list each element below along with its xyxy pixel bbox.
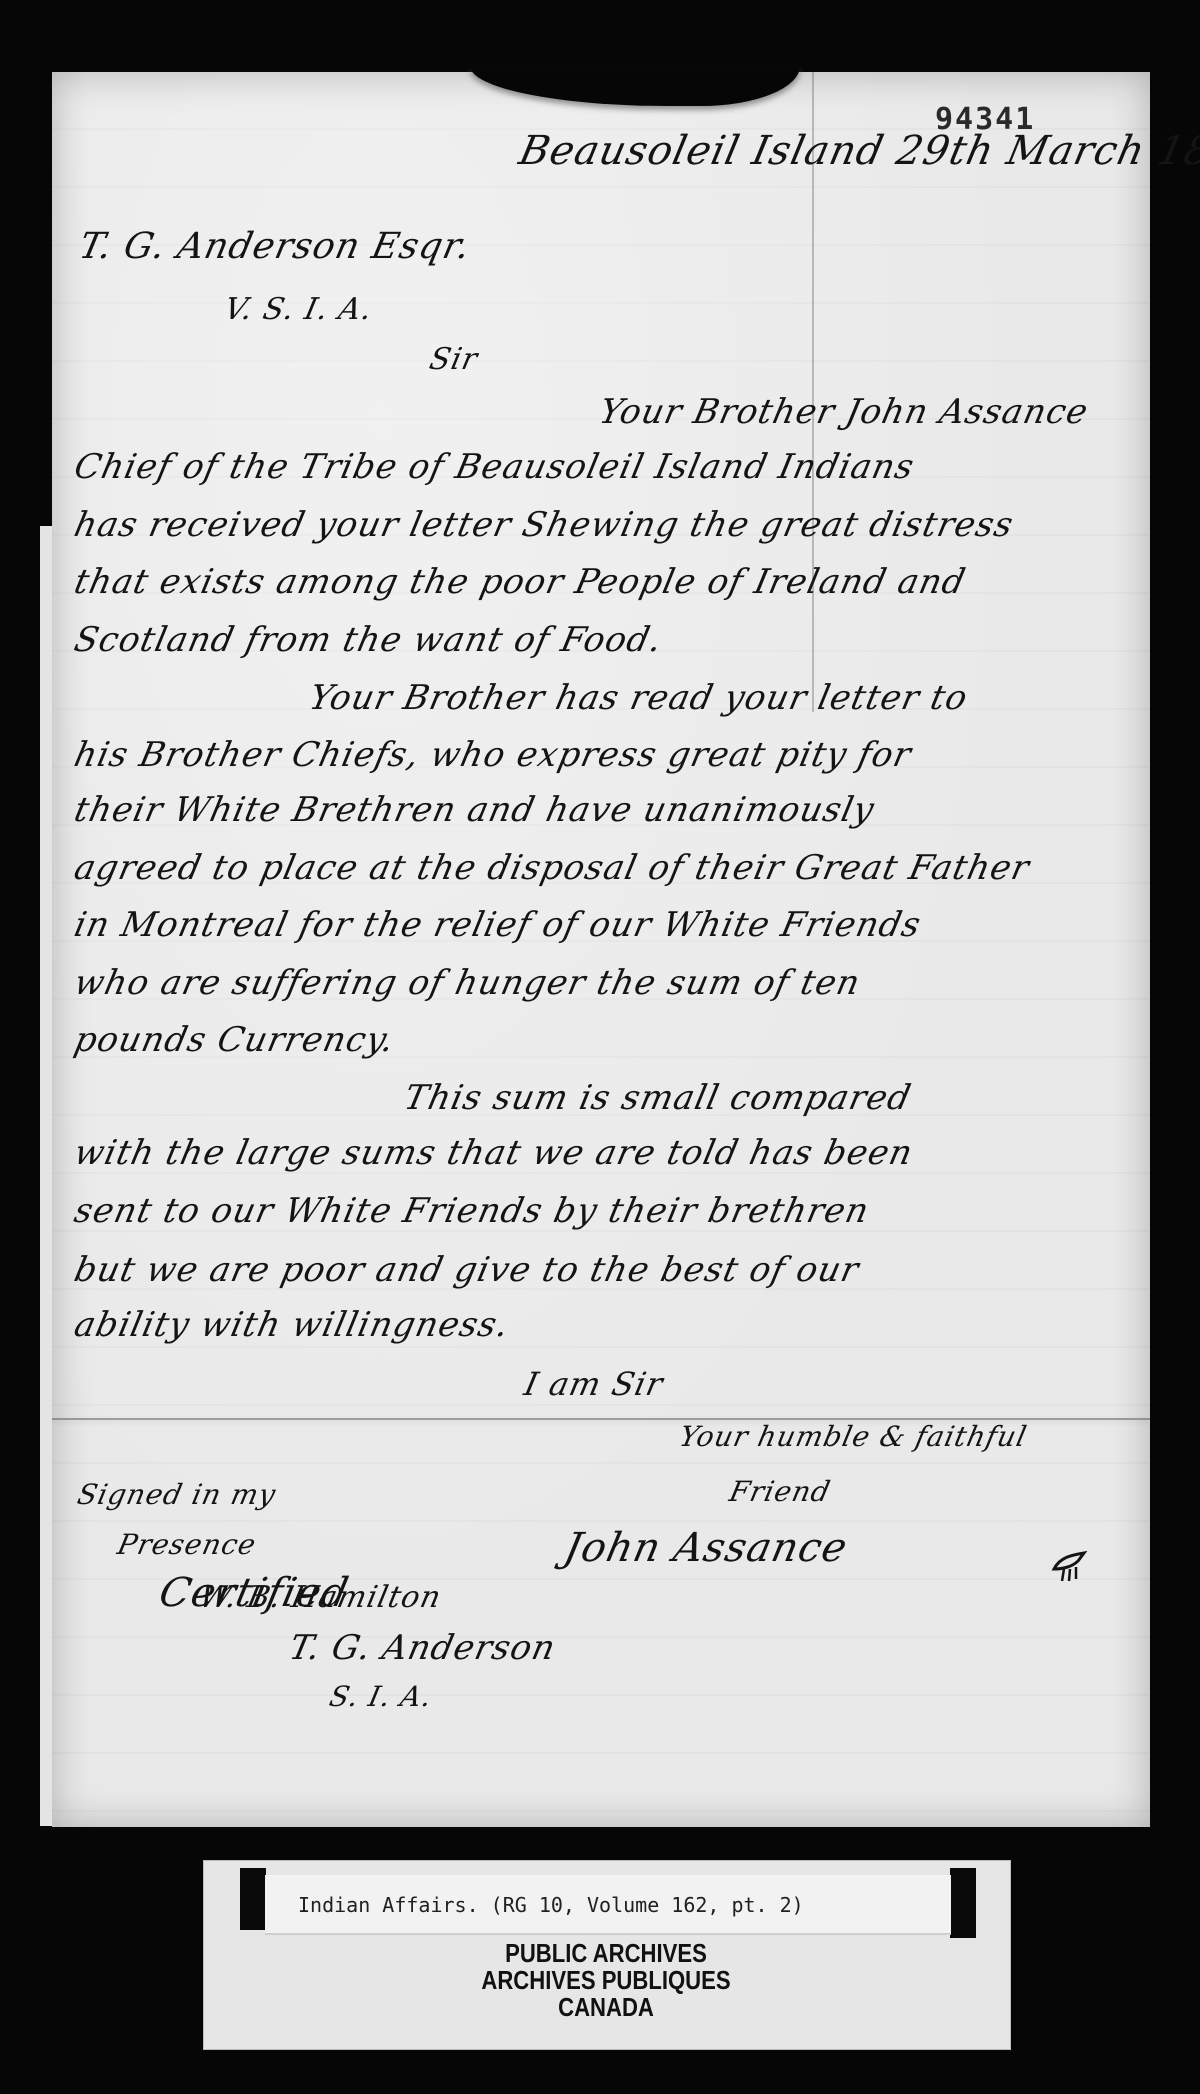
letter-line: Scotland from the want of Food. <box>71 620 666 660</box>
label-clip-right <box>950 1868 976 1938</box>
salutation: Sir <box>426 342 481 377</box>
letter-line: has received your letter Shewing the gre… <box>71 505 1018 545</box>
letter-line: their White Brethren and have unanimousl… <box>71 790 878 830</box>
institution-line-fr: ARCHIVES PUBLIQUES <box>263 1967 948 1994</box>
letter-line: ability with willingness. <box>71 1305 513 1345</box>
certifier-signature: T. G. Anderson <box>286 1628 560 1668</box>
letter-line: sent to our White Friends by their breth… <box>71 1191 873 1231</box>
totem-mark-icon <box>1050 1545 1090 1585</box>
letter-line: who are suffering of hunger the sum of t… <box>71 963 864 1003</box>
label-clip-left <box>240 1868 266 1930</box>
archive-institution: PUBLIC ARCHIVES ARCHIVES PUBLIQUES CANAD… <box>263 1940 948 2021</box>
closing-friend: Friend <box>726 1475 833 1508</box>
letter-line: Your Brother John Assance <box>596 392 1092 432</box>
dateline: Beausoleil Island 29th March 1847 <box>515 128 1200 174</box>
institution-line-country: CANADA <box>263 1994 948 2021</box>
closing-valediction: Your humble & faithful <box>676 1420 1030 1453</box>
letter-line: Your Brother has read your letter to <box>306 678 972 718</box>
witness-line-2: Presence <box>114 1528 259 1561</box>
letter-line: agreed to place at the disposal of their… <box>71 848 1034 888</box>
letter-line: This sum is small compared <box>401 1078 915 1118</box>
letter-line: but we are poor and give to the best of … <box>71 1250 863 1290</box>
institution-line-en: PUBLIC ARCHIVES <box>263 1940 948 1967</box>
archive-reference: Indian Affairs. (RG 10, Volume 162, pt. … <box>298 1893 804 1917</box>
closing-phrase: I am Sir <box>521 1365 667 1403</box>
letter-line: pounds Currency. <box>71 1020 399 1060</box>
letter-line: that exists among the poor People of Ire… <box>71 562 970 602</box>
letter-line: with the large sums that we are told has… <box>71 1133 917 1173</box>
addressee-title: V. S. I. A. <box>221 292 376 327</box>
letter-line: his Brother Chiefs, who express great pi… <box>71 735 915 775</box>
letter-line: in Montreal for the relief of our White … <box>71 905 925 945</box>
letter-line: Chief of the Tribe of Beausoleil Island … <box>71 447 918 487</box>
addressee: T. G. Anderson Esqr. <box>76 226 475 267</box>
witness-line-1: Signed in my <box>74 1478 279 1511</box>
signer-signature: John Assance <box>560 1525 852 1571</box>
certifier-title: S. I. A. <box>326 1680 435 1713</box>
certification-heading: Certified <box>155 1570 353 1616</box>
